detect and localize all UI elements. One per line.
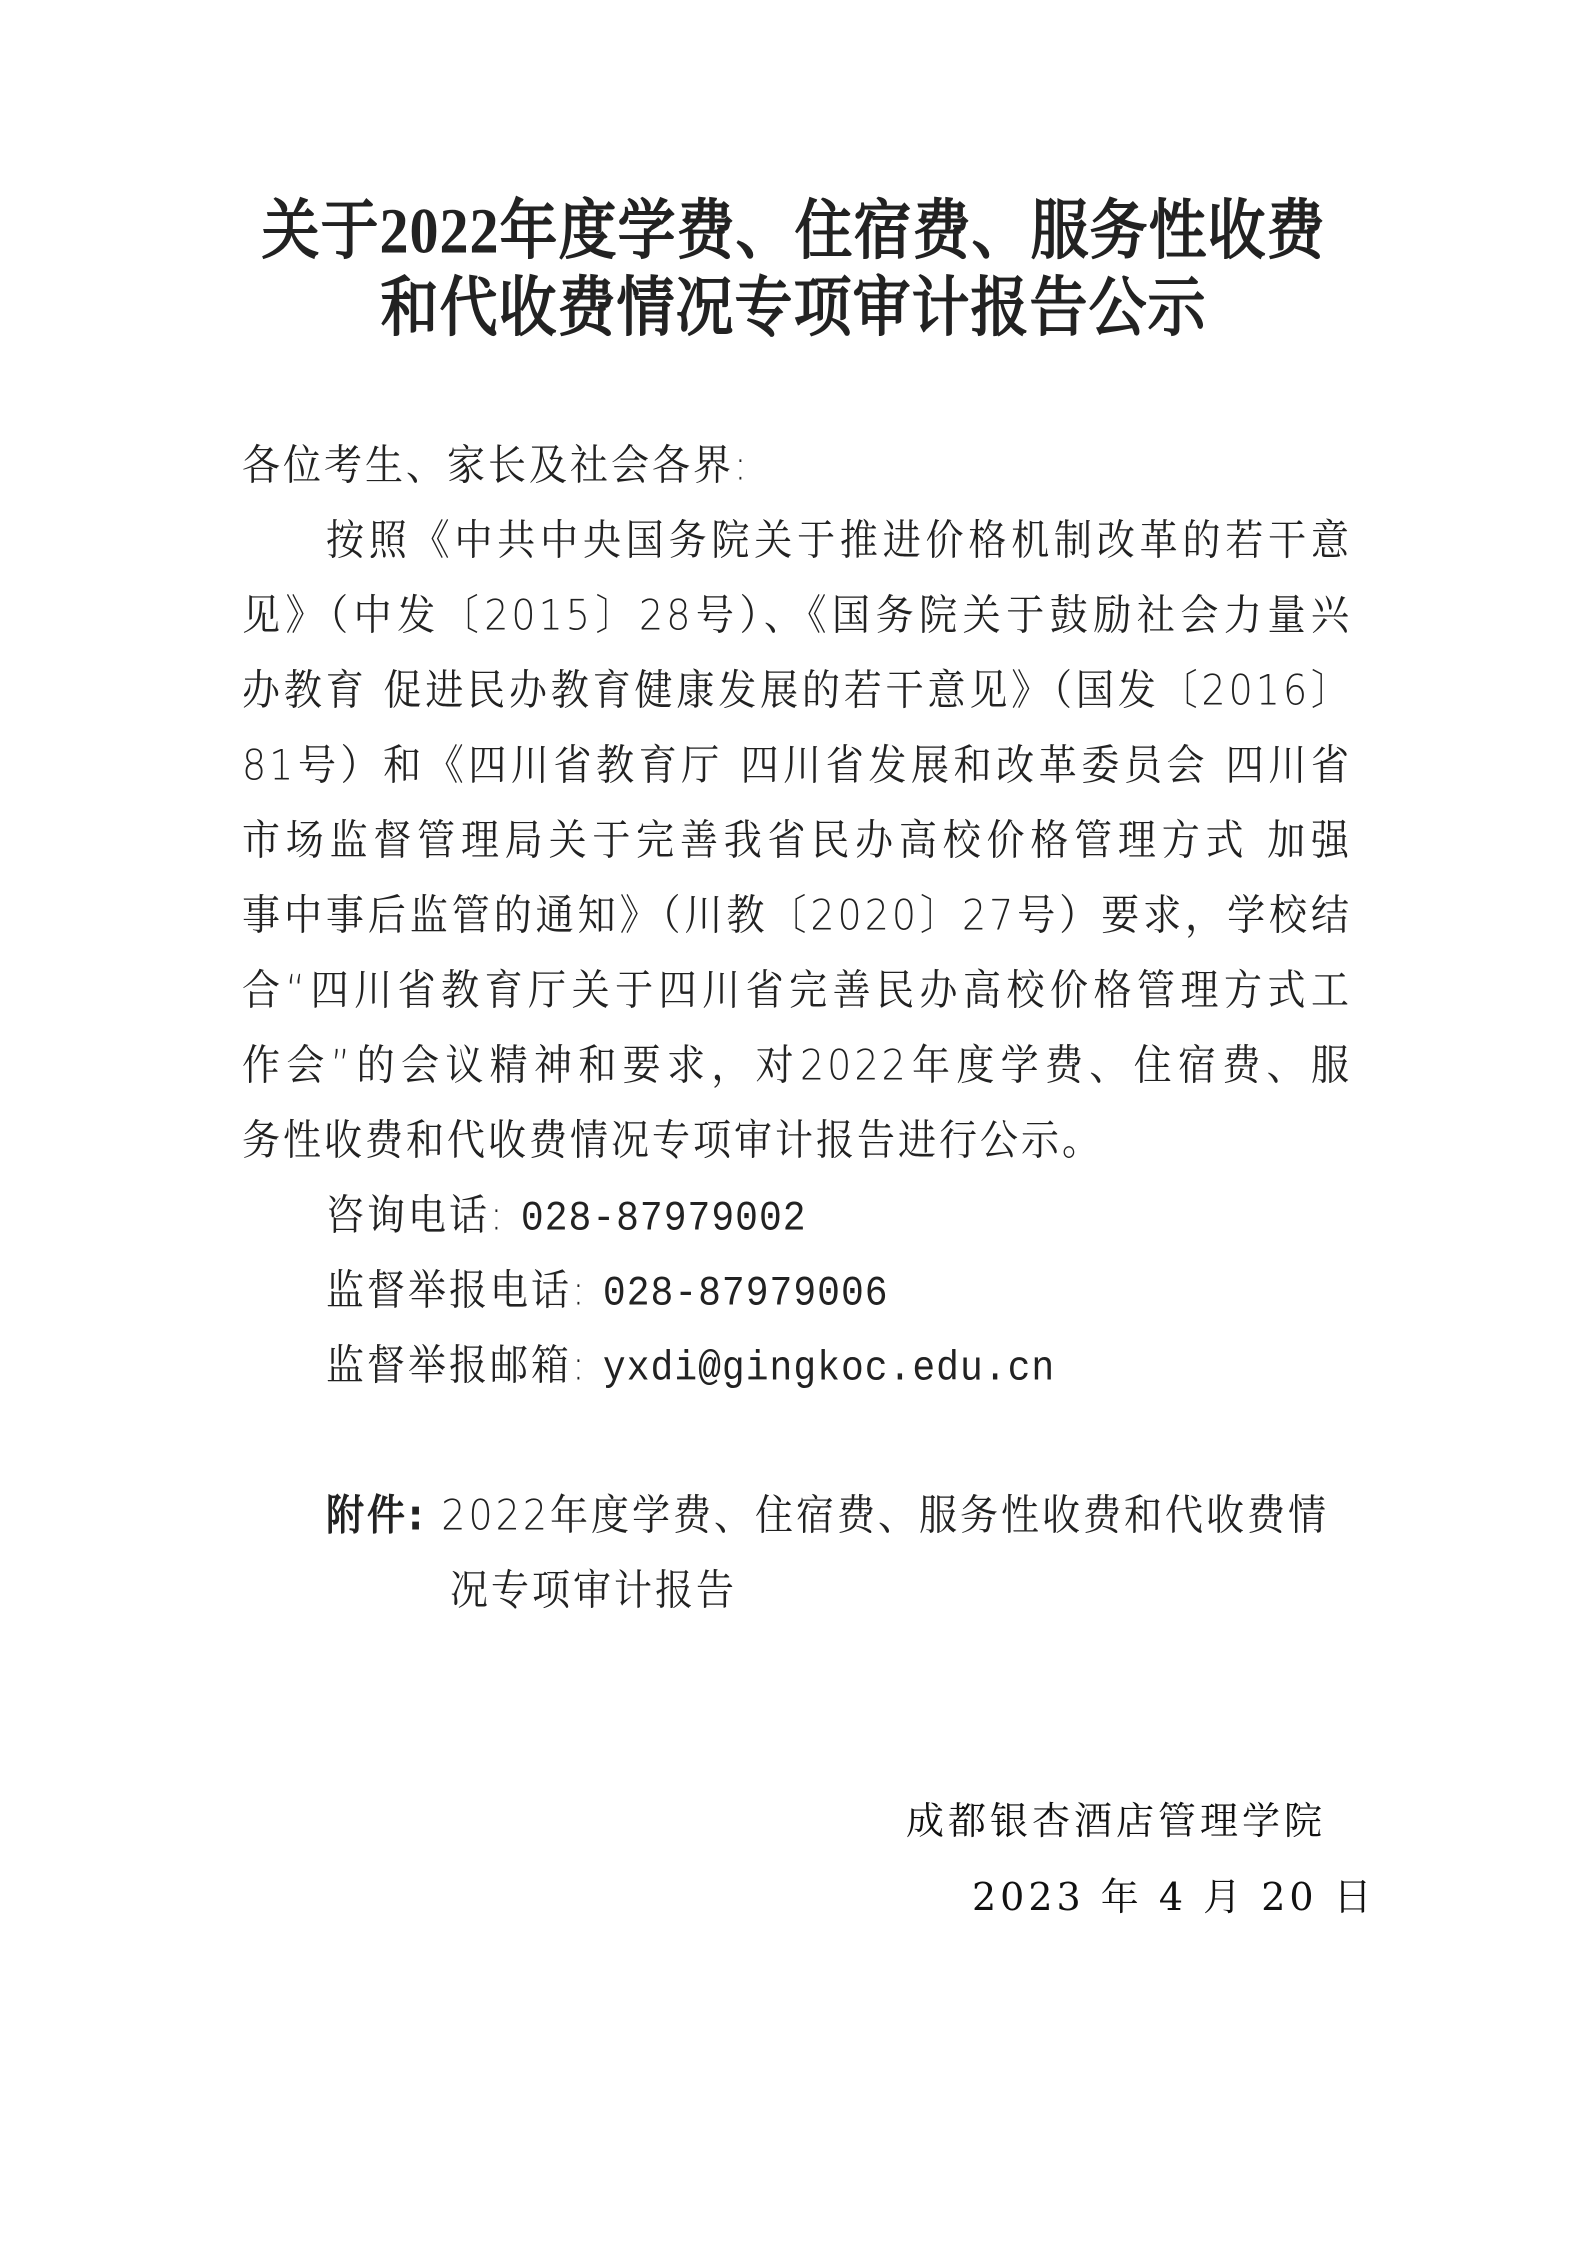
report-email-value[interactable]: yxdi@gingkoc.edu.cn — [603, 1345, 1055, 1392]
report-email-label: 监督举报邮箱: — [326, 1341, 588, 1389]
document-title-line-1: 关于2022年度学费、住宿费、服务性收费 — [0, 188, 1587, 273]
body-line-8: 作会”的会议精神和要求，对2022年度学费、住宿费、服 — [242, 1024, 1352, 1107]
body-line-6: 事中事后监管的通知》（川教〔2020〕27号）要求，学校结 — [242, 874, 1352, 957]
signature-date: 2023 年 4 月 20 日 — [972, 1866, 1376, 1921]
body-line-4: 81号）和《四川省教育厅 四川省发展和改革委员会 四川省 — [242, 724, 1352, 807]
document-page: 关于2022年度学费、住宿费、服务性收费 和代收费情况专项审计报告公示 各位考生… — [0, 0, 1587, 2245]
body-line-7: 合“四川省教育厅关于四川省完善民办高校价格管理方式工 — [242, 949, 1352, 1032]
body-line-9: 务性收费和代收费情况专项审计报告进行公示。 — [242, 1099, 1103, 1182]
consult-phone-label: 咨询电话: — [326, 1191, 506, 1239]
body-line-3: 办教育 促进民办教育健康发展的若干意见》（国发〔2016〕 — [242, 649, 1352, 732]
attachment-row: 附件: 2022年度学费、住宿费、服务性收费和代收费情 — [326, 1474, 1329, 1557]
signature-organization: 成都银杏酒店管理学院 — [906, 1790, 1326, 1845]
consult-phone-value: 028-87979002 — [521, 1195, 807, 1242]
attachment-title-line-1[interactable]: 2022年度学费、住宿费、服务性收费和代收费情 — [441, 1491, 1329, 1539]
report-email-row: 监督举报邮箱: yxdi@gingkoc.edu.cn — [326, 1324, 1055, 1407]
attachment-title-line-2[interactable]: 况专项审计报告 — [450, 1549, 737, 1632]
body-line-1: 按照《中共中央国务院关于推进价格机制改革的若干意 — [326, 499, 1352, 582]
report-phone-label: 监督举报电话: — [326, 1266, 588, 1314]
document-title-line-2: 和代收费情况专项审计报告公示 — [0, 265, 1587, 350]
attachment-label: 附件: — [326, 1491, 426, 1539]
consult-phone-row: 咨询电话: 028-87979002 — [326, 1174, 807, 1257]
salutation: 各位考生、家长及社会各界: — [242, 424, 750, 507]
body-line-2: 见》（中发〔2015〕28号）、《国务院关于鼓励社会力量兴 — [242, 574, 1352, 657]
body-line-5: 市场监督管理局关于完善我省民办高校价格管理方式 加强 — [242, 799, 1352, 882]
report-phone-value: 028-87979006 — [603, 1270, 889, 1317]
report-phone-row: 监督举报电话: 028-87979006 — [326, 1249, 889, 1332]
